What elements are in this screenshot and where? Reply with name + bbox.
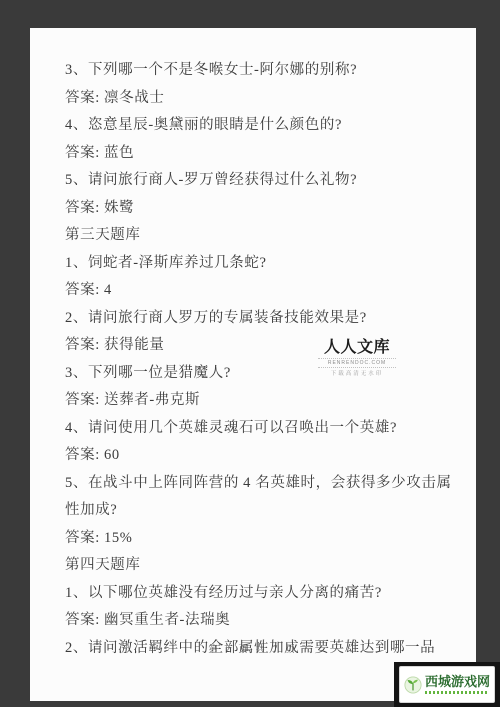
document-page: 3、下列哪一个不是冬喉女士-阿尔娜的别称?答案: 凛冬战士4、恣意星辰-奥黛丽的… bbox=[30, 28, 476, 701]
document-line-section: 第四天题库 bbox=[65, 552, 447, 580]
document-line-answer: 答案: 4 bbox=[65, 277, 447, 305]
document-line-question-wrap: 性加成? bbox=[65, 497, 447, 525]
watermark-title: 人人文库 bbox=[318, 334, 396, 357]
renrendoc-watermark: 人人文库 RENRENDOC.COM 下载高清无水印 bbox=[318, 334, 396, 377]
document-line-question: 5、在战斗中上阵同阵营的 4 名英雄时，会获得多少攻击属 bbox=[65, 470, 447, 498]
document-line-answer: 答案: 60 bbox=[65, 442, 447, 470]
document-line-answer: 答案: 15% bbox=[65, 525, 447, 553]
document-line-question: 3、下列哪一个不是冬喉女士-阿尔娜的别称? bbox=[65, 57, 447, 85]
document-line-question: 2、请问旅行商人罗万的专属装备技能效果是? bbox=[65, 305, 447, 333]
seedling-leaf-icon bbox=[404, 676, 422, 694]
document-line-question: 4、请问使用几个英雄灵魂石可以召唤出一个英雄? bbox=[65, 415, 447, 443]
document-line-answer: 答案: 姝鹭 bbox=[65, 195, 447, 223]
document-line-answer: 答案: 蓝色 bbox=[65, 140, 447, 168]
watermark-domain: RENRENDOC.COM bbox=[318, 358, 396, 368]
document-line-question: 4、恣意星辰-奥黛丽的眼睛是什么颜色的? bbox=[65, 112, 447, 140]
document-line-answer: 答案: 送葬者-弗克斯 bbox=[65, 387, 447, 415]
scanned-document-screenshot: 3、下列哪一个不是冬喉女士-阿尔娜的别称?答案: 凛冬战士4、恣意星辰-奥黛丽的… bbox=[0, 0, 500, 707]
watermark-tagline: 下载高清无水印 bbox=[318, 369, 396, 377]
document-line-section: 第三天题库 bbox=[65, 222, 447, 250]
document-line-question: 5、请问旅行商人-罗万曾经获得过什么礼物? bbox=[65, 167, 447, 195]
site-logo-subline bbox=[425, 691, 489, 694]
site-logo-name: 西城游戏网 bbox=[425, 675, 490, 689]
document-line-answer: 答案: 凛冬战士 bbox=[65, 85, 447, 113]
page-number-footer: 第 2 页 共 7 页 bbox=[30, 642, 476, 655]
document-line-question: 1、以下哪位英雄没有经历过与亲人分离的痛苦? bbox=[65, 580, 447, 608]
document-line-question: 1、饲蛇者-泽斯库养过几条蛇? bbox=[65, 250, 447, 278]
document-line-answer: 答案: 幽冥重生者-法瑞奥 bbox=[65, 607, 447, 635]
site-logo-badge: 西城游戏网 bbox=[399, 666, 495, 703]
